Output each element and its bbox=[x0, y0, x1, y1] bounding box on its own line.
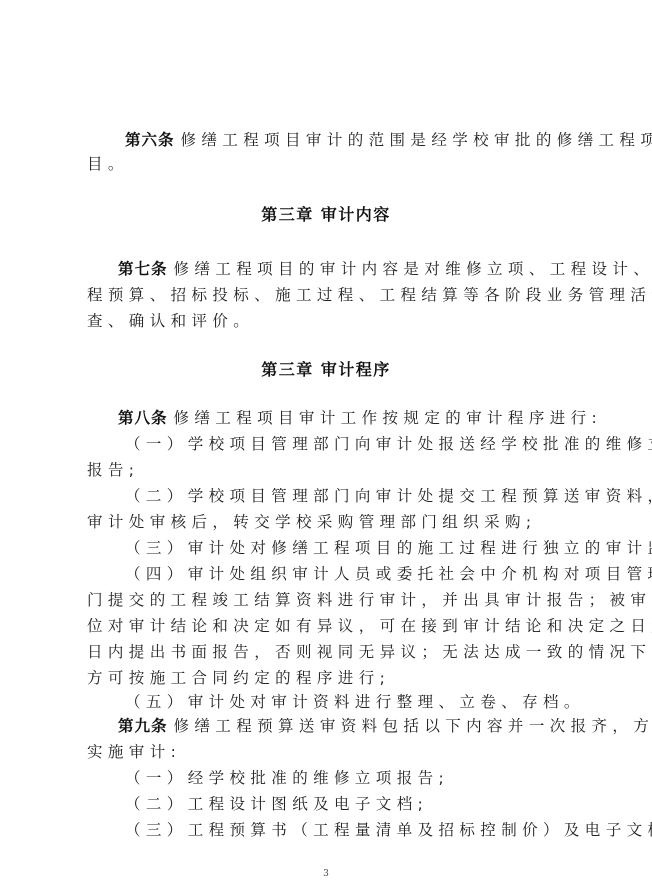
article-8-item-4-line-4: 日内提出书面报告，否则视同无异议；无法达成一致的情况下，双 bbox=[87, 642, 577, 662]
article-8-intro: 修缮工程项目审计工作按规定的审计程序进行: bbox=[174, 409, 603, 427]
article-6-text-1: 修缮工程项目审计的范围是经学校审批的修缮工程项 bbox=[181, 131, 652, 149]
article-9-text-1: 修缮工程预算送审资料包括以下内容并一次报齐，方可 bbox=[174, 717, 652, 735]
article-8-item-1-line-2: 报告; bbox=[87, 460, 577, 480]
article-8-item-4-line-2: 门提交的工程竣工结算资料进行审计，并出具审计报告；被审计单 bbox=[87, 590, 577, 610]
article-8-item-2-line-1: （二）学校项目管理部门向审计处提交工程预算送审资料，经 bbox=[125, 486, 615, 506]
article-7-text-1: 修缮工程项目的审计内容是对维修立项、工程设计、工 bbox=[174, 260, 652, 278]
article-7-label: 第七条 bbox=[118, 260, 168, 278]
article-8-item-5-line-1: （五）审计处对审计资料进行整理、立卷、存档。 bbox=[125, 692, 615, 712]
article-8-item-4-line-5: 方可按施工合同约定的程序进行; bbox=[87, 668, 577, 688]
article-7-line-3: 查、确认和评价。 bbox=[87, 311, 577, 331]
article-8-item-2-line-2: 审计处审核后，转交学校采购管理部门组织采购; bbox=[87, 512, 577, 532]
article-6-line-1: 第六条修缮工程项目审计的范围是经学校审批的修缮工程项 bbox=[125, 130, 615, 150]
article-6-label: 第六条 bbox=[125, 131, 175, 149]
chapter-heading-audit-procedure: 第三章 审计程序 bbox=[0, 360, 652, 380]
article-9-line-1: 第九条修缮工程预算送审资料包括以下内容并一次报齐，方可 bbox=[118, 716, 608, 736]
article-7-line-2: 程预算、招标投标、施工过程、工程结算等各阶段业务管理活动的审 bbox=[87, 285, 577, 305]
article-6-line-2: 目。 bbox=[87, 154, 577, 174]
chapter-heading-audit-content: 第三章 审计内容 bbox=[0, 205, 652, 225]
article-8-item-1-line-1: （一）学校项目管理部门向审计处报送经学校批准的维修立项 bbox=[125, 434, 615, 454]
article-9-label: 第九条 bbox=[118, 717, 168, 735]
article-7-line-1: 第七条修缮工程项目的审计内容是对维修立项、工程设计、工 bbox=[118, 259, 608, 279]
article-9-item-2: （二）工程设计图纸及电子文档; bbox=[125, 794, 615, 814]
article-8-label: 第八条 bbox=[118, 409, 168, 427]
article-9-line-2: 实施审计: bbox=[87, 742, 577, 762]
article-9-item-1: （一）经学校批准的维修立项报告; bbox=[125, 768, 615, 788]
article-8-item-4-line-1: （四）审计处组织审计人员或委托社会中介机构对项目管理部 bbox=[125, 564, 615, 584]
page-number: 3 bbox=[0, 869, 652, 879]
article-9-item-3: （三）工程预算书（工程量清单及招标控制价）及电子文档。 bbox=[125, 820, 615, 840]
document-page: 第六条修缮工程项目审计的范围是经学校审批的修缮工程项 目。 第三章 审计内容 第… bbox=[0, 0, 652, 893]
article-8-item-3-line-1: （三）审计处对修缮工程项目的施工过程进行独立的审计监督; bbox=[125, 538, 615, 558]
article-8-item-4-line-3: 位对审计结论和决定如有异议，可在接到审计结论和决定之日起十 bbox=[87, 616, 577, 636]
article-8-line-1: 第八条修缮工程项目审计工作按规定的审计程序进行: bbox=[118, 408, 608, 428]
